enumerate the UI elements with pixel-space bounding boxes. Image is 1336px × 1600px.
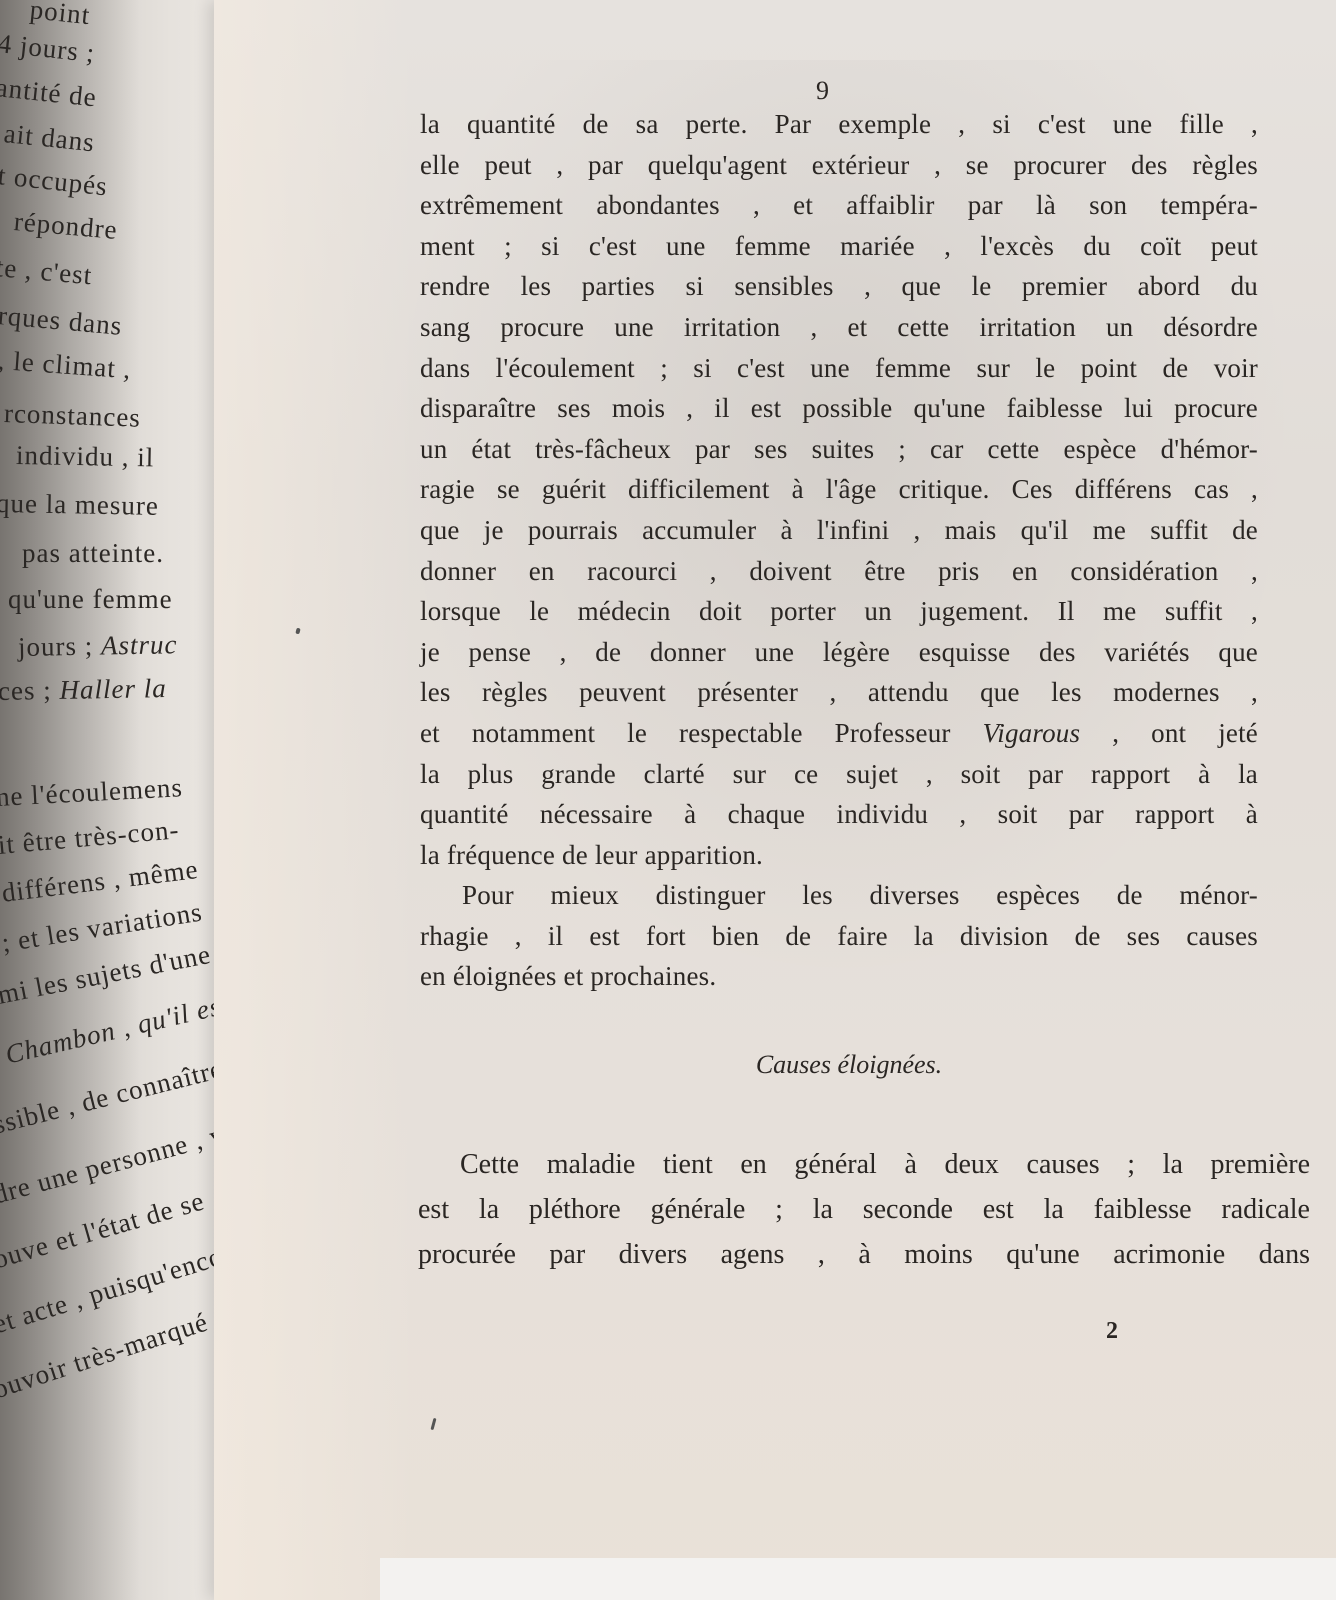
text-line: rhagie , il est fort bien de faire la di…	[420, 916, 1258, 957]
text-line: quantité nécessaire à chaque individu , …	[420, 794, 1258, 835]
text-line: procurée par divers agens , à moins qu'u…	[418, 1232, 1310, 1277]
page-number: 9	[816, 76, 829, 106]
paragraph-3: Cette maladie tient en général à deux ca…	[418, 1142, 1310, 1277]
text-line: les règles peuvent présenter , attendu q…	[420, 672, 1258, 713]
text-line: ragie se guérit difficilement à l'âge cr…	[420, 469, 1258, 510]
text-line: lorsque le médecin doit porter un jugeme…	[420, 591, 1258, 632]
text-line: un état très-fâcheux par ses suites ; ca…	[420, 429, 1258, 470]
text-line: ment ; si c'est une femme mariée , l'exc…	[420, 226, 1258, 267]
signature-mark: 2	[1106, 1318, 1118, 1345]
background-surface	[380, 1558, 1336, 1600]
paragraph-2: Pour mieux distinguer les diverses espèc…	[420, 875, 1258, 997]
italic-name: Vigarous	[983, 718, 1081, 748]
text-line: extrêmement abondantes , et affaiblir pa…	[420, 185, 1258, 226]
paragraph-1: la quantité de sa perte. Par exemple , s…	[420, 104, 1258, 875]
text-line: Pour mieux distinguer les diverses espèc…	[420, 875, 1258, 916]
text-line: rendre les parties si sensibles , que le…	[420, 266, 1258, 307]
text-line: et notamment le respectable Professeur V…	[420, 713, 1258, 754]
body-text: la quantité de sa perte. Par exemple , s…	[420, 104, 1258, 997]
gutter-shadow	[0, 0, 140, 1600]
text-line: la plus grande clarté sur ce sujet , soi…	[420, 754, 1258, 795]
text-line: elle peut , par quelqu'agent extérieur ,…	[420, 145, 1258, 186]
text-line: dans l'écoulement ; si c'est une femme s…	[420, 348, 1258, 389]
text-line: est la pléthore générale ; la seconde es…	[418, 1187, 1310, 1232]
text-line: la fréquence de leur apparition.	[420, 835, 1258, 876]
text-line: disparaître ses mois , il est possible q…	[420, 388, 1258, 429]
section-heading: Causes éloignées.	[420, 1050, 1268, 1080]
text-line: je pense , de donner une légère esquisse…	[420, 632, 1258, 673]
text-line: Cette maladie tient en général à deux ca…	[418, 1142, 1310, 1187]
text-line: la quantité de sa perte. Par exemple , s…	[420, 104, 1258, 145]
text-line: sang procure une irritation , et cette i…	[420, 307, 1258, 348]
text-line: donner en racourci , doivent être pris e…	[420, 551, 1258, 592]
text-line: en éloignées et prochaines.	[420, 956, 1258, 997]
text-line: que je pourrais accumuler à l'infini , m…	[420, 510, 1258, 551]
